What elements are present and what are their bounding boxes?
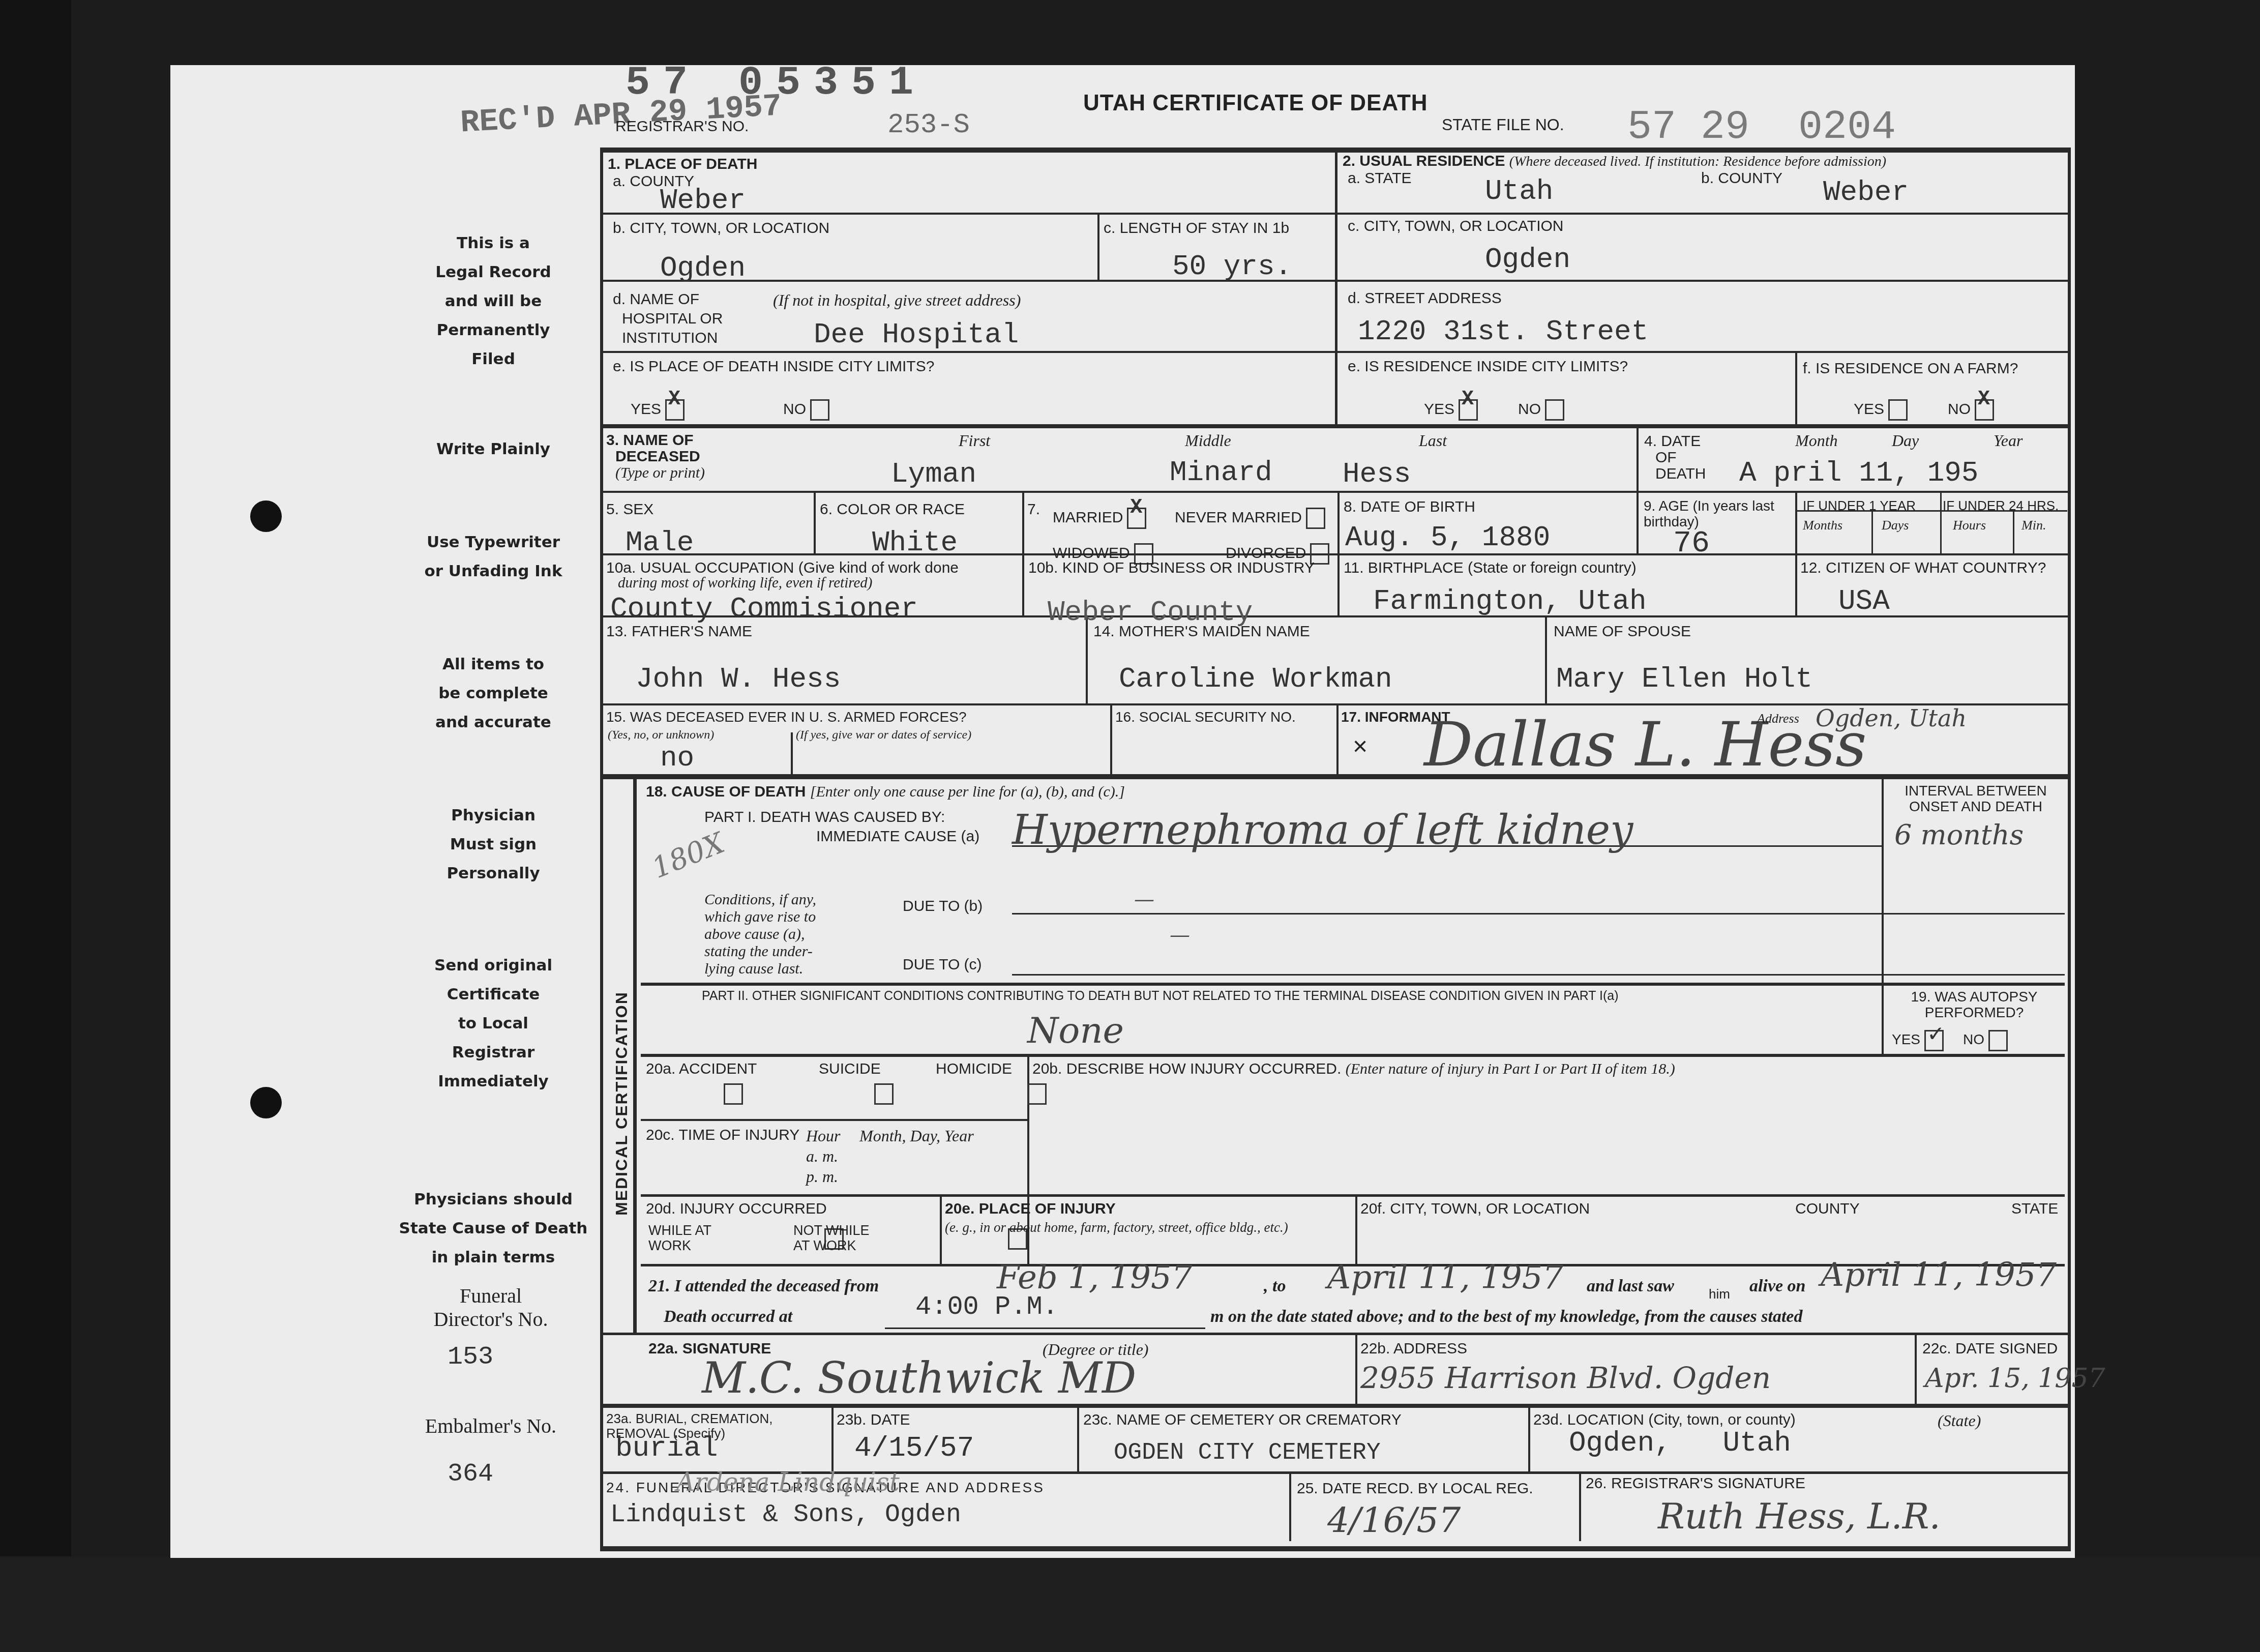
first-name-value: Lyman [891, 458, 976, 490]
residence-state-value: Utah [1485, 175, 1553, 208]
residence-city-label: c. CITY, TOWN, OR LOCATION [1348, 218, 1564, 234]
usual-residence-label: 2. USUAL RESIDENCE (Where deceased lived… [1343, 153, 1886, 170]
death-inside-limits-yes[interactable]: YES [631, 399, 685, 421]
date-of-death-value: A pril 11, 195 [1739, 457, 1978, 489]
divider [1337, 491, 1340, 615]
checkbox-never-married[interactable] [1306, 508, 1325, 529]
divider [1289, 1474, 1291, 1541]
suicide-label: SUICIDE [819, 1060, 881, 1077]
divider [641, 1119, 1027, 1121]
min-label: Min. [2021, 518, 2046, 533]
divider [2013, 511, 2014, 554]
am-label: a. m. [806, 1147, 838, 1166]
funeral-director-signature: Ardena Lindquist [676, 1467, 900, 1497]
autopsy-label: 19. WAS AUTOPSY PERFORMED? [1888, 989, 2061, 1021]
him-label: him [1709, 1287, 1730, 1302]
checkbox-married-checked[interactable] [1127, 508, 1146, 529]
divider [641, 1054, 2065, 1057]
cemetery-value: OGDEN CITY CEMETERY [1114, 1439, 1381, 1466]
service-hint: (If yes, give war or dates of service) [796, 728, 971, 742]
length-of-stay-value: 50 yrs. [1172, 250, 1292, 283]
embalmer-no-label: Embalmer's No. [376, 1414, 605, 1438]
interval-label: INTERVAL BETWEEN ONSET AND DEATH [1889, 783, 2062, 815]
divider [1545, 615, 1547, 704]
cause-of-death-label: 18. CAUSE OF DEATH [Enter only one cause… [646, 783, 1125, 800]
due-to-b-label: DUE TO (b) [903, 898, 983, 914]
page-title: UTAH CERTIFICATE OF DEATH [1083, 91, 1428, 116]
registrar-signature: Ruth Hess, L.R. [1658, 1495, 1941, 1537]
death-inside-limits-label: e. IS PLACE OF DEATH INSIDE CITY LIMITS? [613, 358, 934, 375]
month-label: Month [1795, 431, 1838, 450]
informant-mark: × [1353, 732, 1367, 760]
last-saw-label: and last saw [1587, 1277, 1674, 1296]
checkbox-accident[interactable] [724, 1083, 743, 1105]
sex-value: Male [626, 526, 694, 559]
divider [1086, 615, 1088, 704]
residence-inside-limits-yes[interactable]: YES [1424, 399, 1478, 421]
date-received-value: 4/16/57 [1327, 1500, 1461, 1541]
margin-note-complete: All items to be complete and accurate [417, 650, 570, 737]
part1-label: PART I. DEATH WAS CAUSED BY: [704, 809, 945, 825]
divider [1915, 1335, 1917, 1405]
margin-note-cause-plain: Physicians should State Cause of Death i… [392, 1185, 595, 1272]
alive-on-value: April 11, 1957 [1821, 1256, 2057, 1294]
disposition-date-value: 4/15/57 [854, 1432, 974, 1464]
married-option[interactable]: MARRIED [1053, 508, 1146, 529]
divider [1097, 213, 1099, 281]
margin-note-legal-record: This is a Legal Record and will be Perma… [417, 229, 570, 374]
divider [1077, 1406, 1079, 1472]
spouse-label: NAME OF SPOUSE [1554, 623, 1691, 640]
ssn-label: 16. SOCIAL SECURITY NO. [1115, 710, 1296, 725]
divider [641, 983, 2065, 986]
mother-label: 14. MOTHER'S MAIDEN NAME [1093, 623, 1310, 640]
registrar-no: 253-S [887, 110, 970, 141]
state-file-label: STATE FILE NO. [1442, 116, 1564, 134]
time-of-injury-label: 20c. TIME OF INJURY [646, 1127, 799, 1143]
part2-value: None [1027, 1010, 1124, 1051]
date-of-birth-value: Aug. 5, 1880 [1345, 521, 1550, 554]
divider [1022, 491, 1024, 615]
date-signed-value: Apr. 15, 1957 [1925, 1363, 2105, 1394]
burial-state-label: (State) [1938, 1411, 1981, 1430]
homicide-label: HOMICIDE [936, 1060, 1012, 1077]
informant-signature: Dallas L. Hess [1424, 710, 1867, 780]
street-address-value: 1220 31st. Street [1358, 315, 1648, 348]
immediate-cause-value: Hypernephroma of left kidney [1012, 806, 1633, 853]
divider [1528, 1406, 1530, 1472]
divider [1355, 1335, 1357, 1405]
registrar-no-label: REGISTRAR'S NO. [615, 118, 749, 135]
age-value: 76 [1673, 526, 1710, 561]
funeral-director-no-label: Funeral Director's No. [376, 1284, 605, 1331]
margin-note-typewriter: Use Typewriter or Unfading Ink [407, 528, 580, 586]
days-label: Days [1882, 518, 1909, 533]
underline [1012, 913, 2065, 914]
death-statement: m on the date stated above; and to the b… [1210, 1307, 1802, 1326]
occupation-hint: during most of working life, even if ret… [618, 575, 872, 592]
business-label: 10b. KIND OF BUSINESS OR INDUSTRY [1028, 559, 1315, 576]
autopsy-no[interactable]: NO [1963, 1030, 2008, 1051]
divider [603, 424, 2068, 428]
registrar-signature-label: 26. REGISTRAR'S SIGNATURE [1586, 1475, 1805, 1492]
divider [1336, 704, 1339, 778]
due-to-c-label: DUE TO (c) [903, 956, 982, 973]
middle-name-value: Minard [1170, 456, 1272, 489]
due-to-b-value-extra: — [1170, 923, 1190, 947]
checkbox-suicide[interactable] [874, 1083, 894, 1105]
scan-background-left [0, 0, 71, 1652]
residence-farm-no[interactable]: NO [1948, 399, 1994, 421]
embalmer-no: 364 [448, 1460, 493, 1489]
months-label: Months [1803, 518, 1842, 533]
checkbox-yes-checked[interactable] [665, 399, 685, 421]
hour-label: Hour [806, 1127, 841, 1145]
date-of-death-label: 4. DATEOFDEATH [1644, 433, 1706, 482]
describe-injury-label: 20b. DESCRIBE HOW INJURY OCCURRED. (Ente… [1032, 1060, 1675, 1077]
disposition-date-label: 23b. DATE [837, 1411, 910, 1428]
divider [1795, 491, 1797, 615]
divider [1110, 704, 1112, 778]
hospital-label: d. NAME OFHOSPITAL ORINSTITUTION [613, 290, 723, 348]
alive-on-label: alive on [1749, 1277, 1805, 1296]
divider [1637, 491, 1639, 554]
checkbox-no-checked[interactable] [1975, 399, 1994, 421]
divider [791, 732, 793, 778]
hospital-value: Dee Hospital [814, 318, 1019, 351]
last-name-label: Last [1419, 431, 1447, 450]
conditions-hint: Conditions, if any, which gave rise to a… [704, 891, 816, 978]
informant-address-label: Address [1757, 711, 1799, 726]
physician-address-label: 22b. ADDRESS [1360, 1340, 1467, 1357]
divider [1871, 511, 1873, 554]
injury-state-label: STATE [2011, 1200, 2058, 1217]
checkbox-homicide[interactable] [1027, 1083, 1047, 1105]
mother-value: Caroline Workman [1119, 663, 1392, 695]
death-time-value: 4:00 P.M. [915, 1292, 1058, 1322]
father-value: John W. Hess [636, 663, 841, 695]
interval-value: 6 months [1894, 819, 2024, 851]
funeral-director-no: 153 [448, 1343, 493, 1372]
date-signed-label: 22c. DATE SIGNED [1922, 1340, 2058, 1357]
burial-location-value: Ogden, Utah [1569, 1427, 1791, 1459]
birthplace-value: Farmington, Utah [1373, 585, 1647, 617]
divider [603, 1404, 2068, 1408]
informant-address: Ogden, Utah [1816, 704, 1967, 732]
occupation-label: 10a. USUAL OCCUPATION (Give kind of work… [606, 559, 959, 576]
death-county-value: Weber [660, 184, 746, 217]
margin-note-write-plainly: Write Plainly [417, 435, 570, 464]
place-of-injury-hint: (e. g., in or about home, farm, factory,… [945, 1220, 1352, 1235]
race-label: 6. COLOR OR RACE [820, 501, 965, 518]
underline [1012, 974, 2065, 976]
race-value: White [872, 526, 958, 559]
attended-label: 21. I attended the deceased from [648, 1277, 879, 1296]
hours-label: Hours [1953, 518, 1986, 533]
citizen-label: 12. CITIZEN OF WHAT COUNTRY? [1800, 559, 2046, 576]
physician-address: 2955 Harrison Blvd. Ogden [1360, 1361, 1771, 1395]
residence-inside-limits-no[interactable]: NO [1518, 399, 1564, 421]
immediate-cause-label: IMMEDIATE CAUSE (a) [816, 828, 979, 845]
divider [831, 1406, 834, 1472]
burial-location-label: 23d. LOCATION (City, town, or county) [1533, 1411, 1796, 1428]
divider [1882, 779, 1884, 1056]
residence-county-label: b. COUNTY [1701, 170, 1782, 187]
checkbox-autopsy-yes-checked[interactable] [1924, 1030, 1944, 1051]
spouse-value: Mary Ellen Holt [1556, 663, 1812, 695]
while-at-work-label: WHILE AT WORK [648, 1223, 725, 1253]
occupation-value: County Commisioner [610, 593, 918, 625]
checkbox-autopsy-no[interactable] [1988, 1030, 2008, 1051]
divider [1940, 491, 1942, 554]
divider [633, 776, 637, 1335]
death-city-value: Ogden [660, 252, 746, 284]
month-day-year-label: Month, Day, Year [859, 1127, 974, 1145]
punch-hole [250, 1087, 282, 1118]
part2-label: PART II. OTHER SIGNIFICANT CONDITIONS CO… [702, 989, 1619, 1004]
hospital-hint: (If not in hospital, give street address… [773, 291, 1021, 310]
funeral-director-value: Lindquist & Sons, Ogden [610, 1500, 961, 1529]
year-label: Year [1994, 431, 2023, 450]
attended-to-label: , to [1264, 1277, 1286, 1296]
punch-hole [250, 500, 282, 532]
autopsy-yes[interactable]: YES [1892, 1030, 1944, 1051]
armed-forces-hint: (Yes, no, or unknown) [608, 728, 714, 742]
marital-number: 7. [1027, 501, 1040, 518]
divider [1355, 1195, 1357, 1265]
length-of-stay-label: c. LENGTH OF STAY IN 1b [1104, 220, 1289, 237]
medical-certification-label: MEDICAL CERTIFICATION [613, 991, 631, 1216]
injury-county-label: COUNTY [1795, 1200, 1860, 1217]
scan-background-bottom [0, 1556, 2260, 1652]
margin-note-send-original: Send original Certificate to Local Regis… [417, 951, 570, 1096]
place-of-death-label: 1. PLACE OF DEATH [608, 156, 757, 172]
divider [814, 491, 816, 554]
residence-farm-yes[interactable]: YES [1854, 399, 1908, 421]
cemetery-label: 23c. NAME OF CEMETERY OR CREMATORY [1083, 1411, 1402, 1428]
divider [1795, 351, 1797, 425]
death-city-label: b. CITY, TOWN, OR LOCATION [613, 220, 829, 237]
divider [603, 553, 2068, 555]
place-of-injury-label: 20e. PLACE OF INJURY [945, 1200, 1116, 1217]
divider [1637, 426, 1639, 492]
divider [1579, 1474, 1581, 1541]
residence-city-value: Ogden [1485, 243, 1570, 276]
birthplace-label: 11. BIRTHPLACE (State or foreign country… [1344, 559, 1637, 576]
not-while-at-work-label: NOT WHILE AT WORK [793, 1223, 880, 1253]
checkbox-yes-checked[interactable] [1459, 399, 1478, 421]
due-to-b-value: — [1134, 888, 1154, 911]
divider [1335, 147, 1337, 425]
day-label: Day [1892, 431, 1919, 450]
attended-from-value: Feb 1, 1957 [997, 1259, 1192, 1296]
date-of-birth-label: 8. DATE OF BIRTH [1344, 498, 1475, 515]
residence-state-label: a. STATE [1348, 170, 1412, 187]
father-label: 13. FATHER'S NAME [606, 623, 752, 640]
death-occurred-label: Death occurred at [664, 1307, 792, 1326]
street-address-label: d. STREET ADDRESS [1348, 290, 1502, 307]
date-received-label: 25. DATE RECD. BY LOCAL REG. [1297, 1480, 1533, 1497]
divider [603, 491, 2068, 493]
age-label: 9. AGE (In years last birthday) [1644, 498, 1791, 530]
divider [641, 1194, 2065, 1197]
first-name-label: First [959, 431, 990, 450]
injury-occurred-label: 20d. INJURY OCCURRED [646, 1200, 827, 1217]
checkbox-no[interactable] [810, 399, 829, 421]
accident-label: 20a. ACCIDENT [646, 1060, 757, 1077]
checkbox-no[interactable] [1545, 399, 1564, 421]
divider [940, 1195, 942, 1265]
sex-label: 5. SEX [606, 501, 653, 518]
residence-farm-label: f. IS RESIDENCE ON A FARM? [1803, 360, 2018, 377]
checkbox-yes[interactable] [1888, 399, 1908, 421]
never-married-option[interactable]: NEVER MARRIED [1175, 508, 1325, 529]
attended-to-value: April 11, 1957 [1327, 1259, 1563, 1296]
underline [885, 1327, 1205, 1329]
injury-city-label: 20f. CITY, TOWN, OR LOCATION [1360, 1200, 1590, 1217]
physician-signature: M.C. Southwick MD [702, 1353, 1136, 1403]
death-inside-limits-no[interactable]: NO [783, 399, 829, 421]
divider [1795, 510, 2067, 512]
citizen-value: USA [1838, 585, 1890, 617]
middle-name-label: Middle [1185, 431, 1231, 450]
divider [603, 1333, 2068, 1335]
certificate-number: 57 05351 [626, 60, 927, 106]
deceased-name-label: 3. NAME OFDECEASED(Type or print) [606, 432, 705, 481]
last-name-value: Hess [1343, 458, 1411, 490]
armed-forces-label: 15. WAS DECEASED EVER IN U. S. ARMED FOR… [606, 710, 966, 725]
margin-note-physician-sign: Physician Must sign Personally [417, 801, 570, 888]
state-file-no: 57 29 0204 [1627, 104, 1896, 151]
residence-county-value: Weber [1823, 176, 1909, 209]
armed-forces-value: no [660, 742, 694, 774]
disposition-method-value: burial [615, 1432, 718, 1464]
residence-inside-limits-label: e. IS RESIDENCE INSIDE CITY LIMITS? [1348, 358, 1628, 375]
pm-label: p. m. [806, 1167, 838, 1186]
